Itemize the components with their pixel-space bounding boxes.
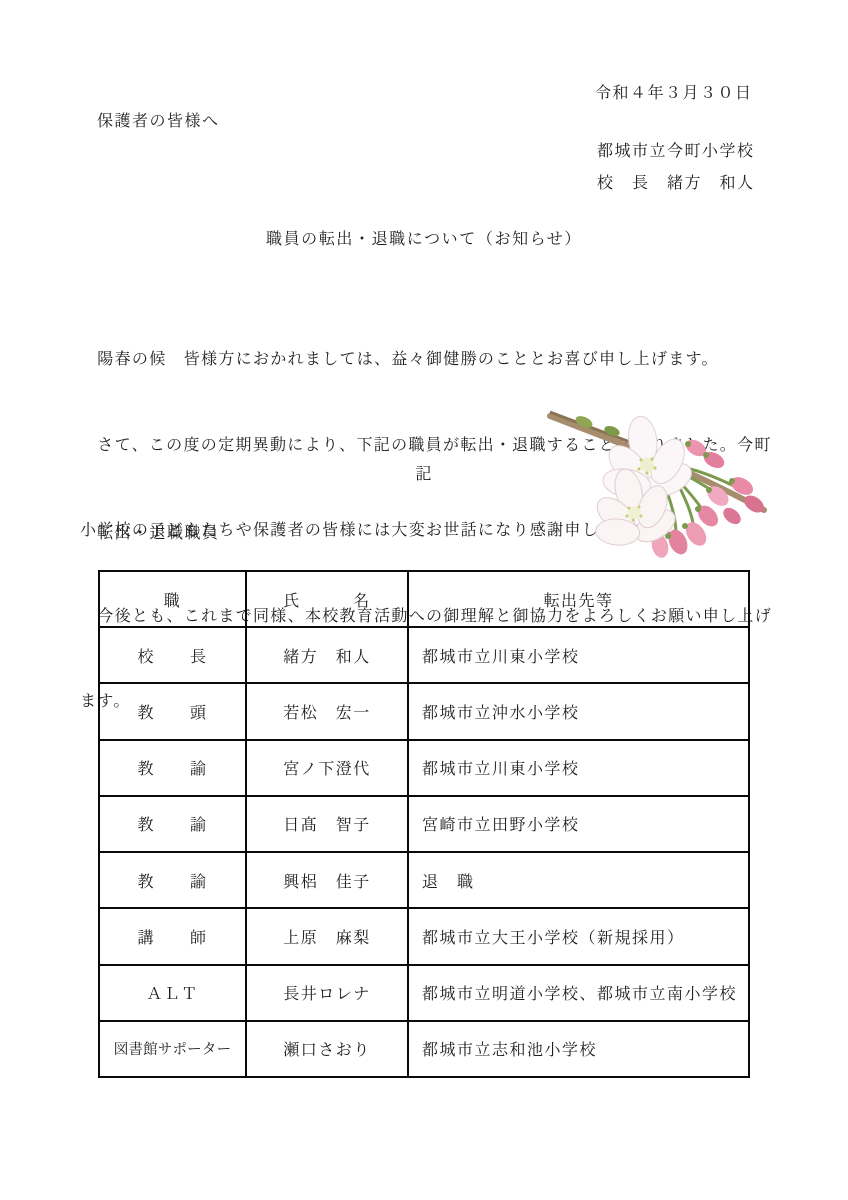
- header-destination: 転出先等: [408, 571, 749, 627]
- document-date: 令和４年３月３０日: [595, 80, 753, 103]
- document-title: 職員の転出・退職について（お知らせ）: [0, 226, 848, 249]
- cell-position: ＡＬＴ: [99, 965, 246, 1021]
- cherry-blossom-image: [546, 388, 768, 564]
- body-line: 陽春の候 皆様方におかれましては、益々御健勝のこととお喜び申し上げます。: [80, 346, 792, 375]
- cell-name: 日髙 智子: [246, 796, 408, 852]
- cell-destination: 都城市立沖水小学校: [408, 683, 749, 739]
- cell-position: 教 諭: [99, 852, 246, 908]
- cell-destination: 都城市立明道小学校、都城市立南小学校: [408, 965, 749, 1021]
- table-row: 図書館サポーター 瀬口さおり 都城市立志和池小学校: [99, 1021, 749, 1077]
- cell-name: 緒方 和人: [246, 627, 408, 683]
- cell-name: 宮ノ下澄代: [246, 740, 408, 796]
- cell-position: 図書館サポーター: [99, 1021, 246, 1077]
- cell-destination: 都城市立大王小学校（新規採用）: [408, 908, 749, 964]
- cell-destination: 都城市立志和池小学校: [408, 1021, 749, 1077]
- cell-position: 教 諭: [99, 796, 246, 852]
- cell-name: 若松 宏一: [246, 683, 408, 739]
- section-label: 転出・退職職員: [97, 520, 220, 543]
- cell-position: 教 諭: [99, 740, 246, 796]
- cell-destination: 都城市立川東小学校: [408, 740, 749, 796]
- cell-name: 瀬口さおり: [246, 1021, 408, 1077]
- table-row: 教 諭 日髙 智子 宮崎市立田野小学校: [99, 796, 749, 852]
- table-row: 教 諭 興梠 佳子 退 職: [99, 852, 749, 908]
- table-row: 教 諭 宮ノ下澄代 都城市立川東小学校: [99, 740, 749, 796]
- staff-transfer-table: 職 氏 名 転出先等 校 長 緒方 和人 都城市立川東小学校 教 頭 若松 宏一…: [98, 570, 750, 1078]
- table-row: 講 師 上原 麻梨 都城市立大王小学校（新規採用）: [99, 908, 749, 964]
- recipient-line: 保護者の皆様へ: [97, 108, 220, 131]
- cell-destination: 都城市立川東小学校: [408, 627, 749, 683]
- table-row: 校 長 緒方 和人 都城市立川東小学校: [99, 627, 749, 683]
- cell-name: 興梠 佳子: [246, 852, 408, 908]
- table-row: ＡＬＴ 長井ロレナ 都城市立明道小学校、都城市立南小学校: [99, 965, 749, 1021]
- header-name: 氏 名: [246, 571, 408, 627]
- cell-position: 校 長: [99, 627, 246, 683]
- table-row: 教 頭 若松 宏一 都城市立沖水小学校: [99, 683, 749, 739]
- cell-destination: 退 職: [408, 852, 749, 908]
- cell-position: 教 頭: [99, 683, 246, 739]
- cell-position: 講 師: [99, 908, 246, 964]
- notice-document-page: 令和４年３月３０日 保護者の皆様へ 都城市立今町小学校 校 長 緒方 和人 職員…: [0, 0, 848, 1200]
- header-position: 職: [99, 571, 246, 627]
- sender-school: 都城市立今町小学校: [597, 138, 755, 161]
- sender-principal: 校 長 緒方 和人: [597, 170, 755, 193]
- cell-destination: 宮崎市立田野小学校: [408, 796, 749, 852]
- cell-name: 長井ロレナ: [246, 965, 408, 1021]
- table-header-row: 職 氏 名 転出先等: [99, 571, 749, 627]
- cell-name: 上原 麻梨: [246, 908, 408, 964]
